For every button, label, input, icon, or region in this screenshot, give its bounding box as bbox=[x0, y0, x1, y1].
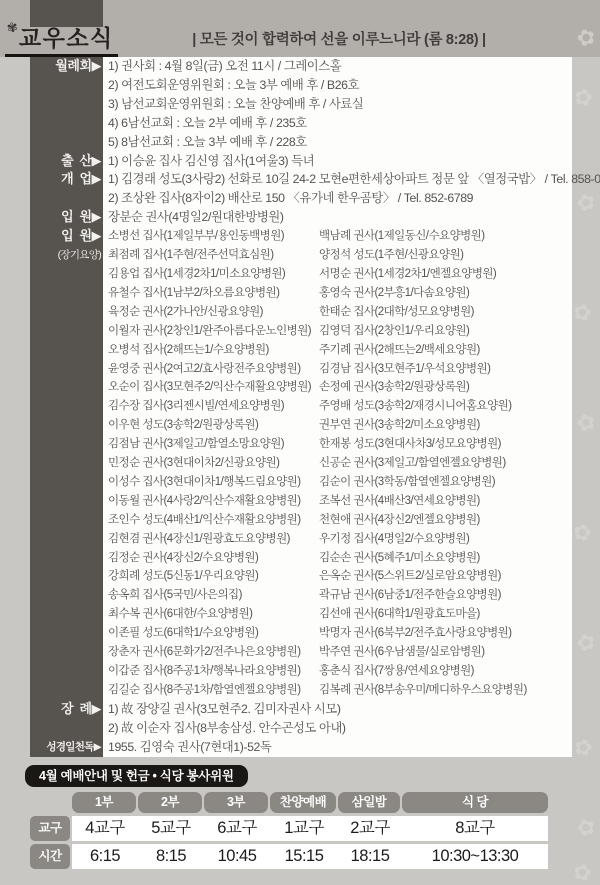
column-header: 3부 bbox=[204, 792, 268, 813]
list-item: 박명자 권사(6북부2/전주효사랑요양병원) bbox=[319, 624, 572, 643]
section-label: 입 원▶(장기요양) bbox=[30, 227, 103, 700]
flower-decor-icon: ✿ bbox=[570, 858, 594, 885]
list-item: 서명순 권사(1세경2차1/엔젤요양병원) bbox=[319, 265, 572, 284]
list-item: 김길순 집사(8주공1차/함열엔젤요양병원) bbox=[108, 681, 319, 700]
section-monthly-meetings: 월례회▶1) 권사회 : 4월 8일(금) 오전 11시 / 그레이스홀2) 여… bbox=[30, 57, 572, 152]
list-item: 김수장 집사(3리젠시빌/연세요양병원) bbox=[108, 397, 319, 416]
list-item: 곽규남 권사(6남중1/전주한슬요양병원) bbox=[319, 586, 572, 605]
flower-decor-icon: ✿ bbox=[573, 813, 599, 843]
sections: 월례회▶1) 권사회 : 4월 8일(금) 오전 11시 / 그레이스홀2) 여… bbox=[30, 57, 572, 757]
section-label: 장 례▶ bbox=[30, 700, 103, 738]
section-label-text: 개 업▶ bbox=[30, 170, 101, 189]
flower-decor-icon: ✿ bbox=[573, 628, 599, 658]
list-item: 김점남 권사(3제일고/함열소망요양원) bbox=[108, 435, 319, 454]
section-label: 입 원▶ bbox=[30, 208, 103, 227]
flower-decor-icon: ✿ bbox=[570, 298, 594, 328]
table-cell: 4교구 bbox=[72, 816, 138, 841]
section-body: 1) 권사회 : 4월 8일(금) 오전 11시 / 그레이스홀2) 여전도회운… bbox=[103, 57, 572, 152]
text-line: 장분순 권사(4명일2/원대한방병원) bbox=[108, 208, 572, 227]
text-line: 1) 권사회 : 4월 8일(금) 오전 11시 / 그레이스홀 bbox=[108, 57, 572, 76]
list-item: 오병석 집사(2해뜨는1/수요양병원) bbox=[108, 341, 319, 360]
list-item: 조복선 권사(4배산3/연세요양병원) bbox=[319, 492, 572, 511]
section-long-term-care: 입 원▶(장기요양)소병선 집사(1제일부부/용인동백병원)백남례 권사(1제일… bbox=[30, 227, 572, 700]
table-row-band: 6:158:1510:4515:1518:1510:30~13:30 bbox=[72, 844, 548, 869]
column-header: 2부 bbox=[138, 792, 202, 813]
list-item: 신공순 권사(3제일고/함열엔젤요양병원) bbox=[319, 454, 572, 473]
text-line: 2) 故 이순자 집사(8부송삼성. 안수곤성도 아내) bbox=[108, 719, 572, 738]
table-row-band: 4교구5교구6교구1교구2교구8교구 bbox=[72, 816, 548, 841]
list-item: 장춘자 권사(6문화가2/전주나은요양병원) bbox=[108, 643, 319, 662]
row-label: 시간 bbox=[30, 844, 70, 869]
section-label: 출 산▶ bbox=[30, 152, 103, 171]
list-item: 최점례 집사(1주현/전주선덕효심원) bbox=[108, 246, 319, 265]
footer-bar-title: 4월 예배안내 및 헌금 • 식당 봉사위원 bbox=[25, 765, 248, 787]
list-item: 한태순 집사(2대학/성모요양병원) bbox=[319, 303, 572, 322]
table-cell: 6교구 bbox=[204, 816, 270, 841]
list-item: 김순손 권사(5혜주1/미소요양병원) bbox=[319, 549, 572, 568]
section-birth: 출 산▶1) 이승윤 집사 김신영 집사(1여울3) 득녀 bbox=[30, 152, 572, 171]
text-line: 5) 8남선교회 : 오늘 3부 예배 후 / 228호 bbox=[108, 133, 572, 152]
table-header-spacer bbox=[30, 792, 70, 813]
section-body: 1) 김경래 성도(3사랑2) 선화로 10길 24-2 모현e편한세상아파트 … bbox=[103, 170, 572, 208]
list-item: 민정순 권사(3현대이차2/신광요양원) bbox=[108, 454, 319, 473]
table-cell: 10:30~13:30 bbox=[402, 844, 548, 869]
page-title: 교우소식 bbox=[19, 25, 114, 51]
list-item: 최수복 권사(6대한/수요양병원) bbox=[108, 605, 319, 624]
list-item: 김경남 집사(3모현주1/우석요양병원) bbox=[319, 360, 572, 379]
text-line: 1) 김경래 성도(3사랑2) 선화로 10길 24-2 모현e편한세상아파트 … bbox=[108, 170, 572, 189]
list-item: 김순이 권사(3학동/함열엔젤요양병원) bbox=[319, 473, 572, 492]
table-cell: 10:45 bbox=[204, 844, 270, 869]
row-label: 교구 bbox=[30, 816, 70, 841]
list-item: 김복례 권사(8부송우미/메디하우스요양병원) bbox=[319, 681, 572, 700]
list-item: 이우현 성도(3송학2/원광상록원) bbox=[108, 416, 319, 435]
list-item: 이갑준 집사(8주공1차/행복나라요양병원) bbox=[108, 662, 319, 681]
section-label-text: 성경일천독▶ bbox=[30, 738, 101, 757]
table-cell: 6:15 bbox=[72, 844, 138, 869]
flower-decor-icon: ✿ bbox=[573, 408, 599, 438]
list-item: 강희례 성도(5신동1/우리요양원) bbox=[108, 567, 319, 586]
section-body: 소병선 집사(1제일부부/용인동백병원)백남례 권사(1제일동신/수요양병원)최… bbox=[103, 227, 572, 700]
flower-decor-icon: ✿ bbox=[571, 733, 595, 763]
section-funeral: 장 례▶1) 故 장양길 권사(3모현주2. 김미자권사 시모)2) 故 이순자… bbox=[30, 700, 572, 738]
list-item: 박주연 권사(6우남샘물/실로암병원) bbox=[319, 643, 572, 662]
section-label-text: 입 원▶ bbox=[30, 208, 101, 227]
service-table: 1부2부3부찬양예배삼일밤식 당교구4교구5교구6교구1교구2교구8교구시간6:… bbox=[30, 792, 548, 869]
list-item: 송옥희 집사(5국민/사은의집) bbox=[108, 586, 319, 605]
list-item: 육정순 권사(2가나안/신광요양원) bbox=[108, 303, 319, 322]
column-header: 삼일밤 bbox=[338, 792, 400, 813]
text-line: 4) 6남선교회 : 오늘 2부 예배 후 / 235호 bbox=[108, 114, 572, 133]
title-block: ✾교우소식 bbox=[5, 20, 118, 57]
list-item: 김영덕 집사(2창인1/우리요양원) bbox=[319, 322, 572, 341]
list-item: 김선애 권사(6대학1/원광효도마을) bbox=[319, 605, 572, 624]
section-label-text: 월례회▶ bbox=[30, 57, 101, 76]
list-item: 윤영중 권사(2여고2/효사랑전주요양병원) bbox=[108, 360, 319, 379]
section-body: 1955. 김영숙 권사(7현대1)-52독 bbox=[103, 738, 572, 757]
flower-decor-icon: ✿ bbox=[570, 518, 594, 548]
list-item: 소병선 집사(1제일부부/용인동백병원) bbox=[108, 227, 319, 246]
list-item: 천현애 권사(4장신2/엔젤요양병원) bbox=[319, 511, 572, 530]
section-label: 성경일천독▶ bbox=[30, 738, 103, 757]
section-new-business: 개 업▶1) 김경래 성도(3사랑2) 선화로 10길 24-2 모현e편한세상… bbox=[30, 170, 572, 208]
table-cell: 15:15 bbox=[270, 844, 338, 869]
table-header-row: 1부2부3부찬양예배삼일밤식 당 bbox=[30, 792, 548, 813]
text-line: 2) 여전도회운영위원회 : 오늘 3부 예배 후 / B26호 bbox=[108, 76, 572, 95]
section-label-text: 장 례▶ bbox=[30, 700, 101, 719]
list-item: 주영배 성도(3송학2/재경시니어홈요양원) bbox=[319, 397, 572, 416]
flower-decor-icon: ✿ bbox=[571, 83, 595, 113]
section-label: 월례회▶ bbox=[30, 57, 103, 152]
section-label-text: 입 원▶ bbox=[30, 227, 101, 246]
column-header: 식 당 bbox=[402, 792, 548, 813]
text-line: 1) 故 장양길 권사(3모현주2. 김미자권사 시모) bbox=[108, 700, 572, 719]
section-label-text: 출 산▶ bbox=[30, 152, 101, 171]
table-cell: 18:15 bbox=[338, 844, 402, 869]
table-cell: 1교구 bbox=[270, 816, 338, 841]
list-item: 주기례 권사(2해뜨는2/백세요양원) bbox=[319, 341, 572, 360]
list-item: 이동월 권사(4사랑2/익산수재활요양병원) bbox=[108, 492, 319, 511]
section-label-subtext: (장기요양) bbox=[30, 246, 101, 265]
column-header: 1부 bbox=[72, 792, 136, 813]
text-line: 1) 이승윤 집사 김신영 집사(1여울3) 득녀 bbox=[108, 152, 572, 171]
list-item: 김현겸 권사(4장신1/원광효도요양병원) bbox=[108, 530, 319, 549]
list-item: 김용업 집사(1세경2차1/미소요양병원) bbox=[108, 265, 319, 284]
list-item: 유철수 집사(1남부2/차오름요양병원) bbox=[108, 284, 319, 303]
list-item: 권부연 권사(3송학2/미소요양병원) bbox=[319, 416, 572, 435]
table-cell: 5교구 bbox=[138, 816, 204, 841]
section-body: 장분순 권사(4명일2/원대한방병원) bbox=[103, 208, 572, 227]
list-item: 홍영숙 권사(2부흥1/다솜요양원) bbox=[319, 284, 572, 303]
section-hospitalized: 입 원▶장분순 권사(4명일2/원대한방병원) bbox=[30, 208, 572, 227]
header: ✾교우소식 | 모든 것이 합력하여 선을 이루느니라 (롬 8:28) | bbox=[0, 0, 600, 57]
list-item: 이월자 권사(2창인1/완주아름다운노인병원) bbox=[108, 322, 319, 341]
list-item: 손정예 권사(3송학2/원광상록원) bbox=[319, 378, 572, 397]
list-item: 은옥순 권사(5스위트2/실로암요양병원) bbox=[319, 567, 572, 586]
two-column-list: 소병선 집사(1제일부부/용인동백병원)백남례 권사(1제일동신/수요양병원)최… bbox=[108, 227, 572, 700]
text-line: 1955. 김영숙 권사(7현대1)-52독 bbox=[108, 738, 572, 757]
list-item: 우기정 집사(4명일2/수요양병원) bbox=[319, 530, 572, 549]
column-header: 찬양예배 bbox=[270, 792, 336, 813]
text-line: 3) 남선교회운영위원회 : 오늘 찬양예배 후 / 사료실 bbox=[108, 95, 572, 114]
list-item: 이존필 성도(6대학1/수요양병원) bbox=[108, 624, 319, 643]
table-cell: 8:15 bbox=[138, 844, 204, 869]
table-row: 시간6:158:1510:4515:1518:1510:30~13:30 bbox=[30, 844, 548, 869]
list-item: 양정석 성도(1주현/신광요양원) bbox=[319, 246, 572, 265]
list-item: 김정순 권사(4장신2/수요양병원) bbox=[108, 549, 319, 568]
section-body: 1) 이승윤 집사 김신영 집사(1여울3) 득녀 bbox=[103, 152, 572, 171]
list-item: 백남례 권사(1제일동신/수요양병원) bbox=[319, 227, 572, 246]
table-row: 교구4교구5교구6교구1교구2교구8교구 bbox=[30, 816, 548, 841]
list-item: 오순이 집사(3모현주2/익산수재활요양병원) bbox=[108, 378, 319, 397]
table-cell: 2교구 bbox=[338, 816, 402, 841]
section-label: 개 업▶ bbox=[30, 170, 103, 208]
verse-text: | 모든 것이 합력하여 선을 이루느니라 (롬 8:28) | bbox=[108, 28, 570, 49]
list-item: 홍춘식 집사(7쌍용/연세요양병원) bbox=[319, 662, 572, 681]
text-line: 2) 조상완 집사(8자이2) 배산로 150 〈유가네 한우곰탕〉 / Tel… bbox=[108, 189, 572, 208]
table-cell: 8교구 bbox=[402, 816, 548, 841]
list-item: 조인수 성도(4배산1/익산수재활요양병원) bbox=[108, 511, 319, 530]
section-body: 1) 故 장양길 권사(3모현주2. 김미자권사 시모)2) 故 이순자 집사(… bbox=[103, 700, 572, 738]
leaf-icon: ✾ bbox=[6, 19, 20, 37]
flower-decor-icon: ✿ bbox=[573, 188, 599, 218]
list-item: 이성수 집사(3현대이차1/행복드림요양원) bbox=[108, 473, 319, 492]
section-bible-reading: 성경일천독▶1955. 김영숙 권사(7현대1)-52독 bbox=[30, 738, 572, 757]
list-item: 한재봉 성도(3현대사차3/성모요양병원) bbox=[319, 435, 572, 454]
